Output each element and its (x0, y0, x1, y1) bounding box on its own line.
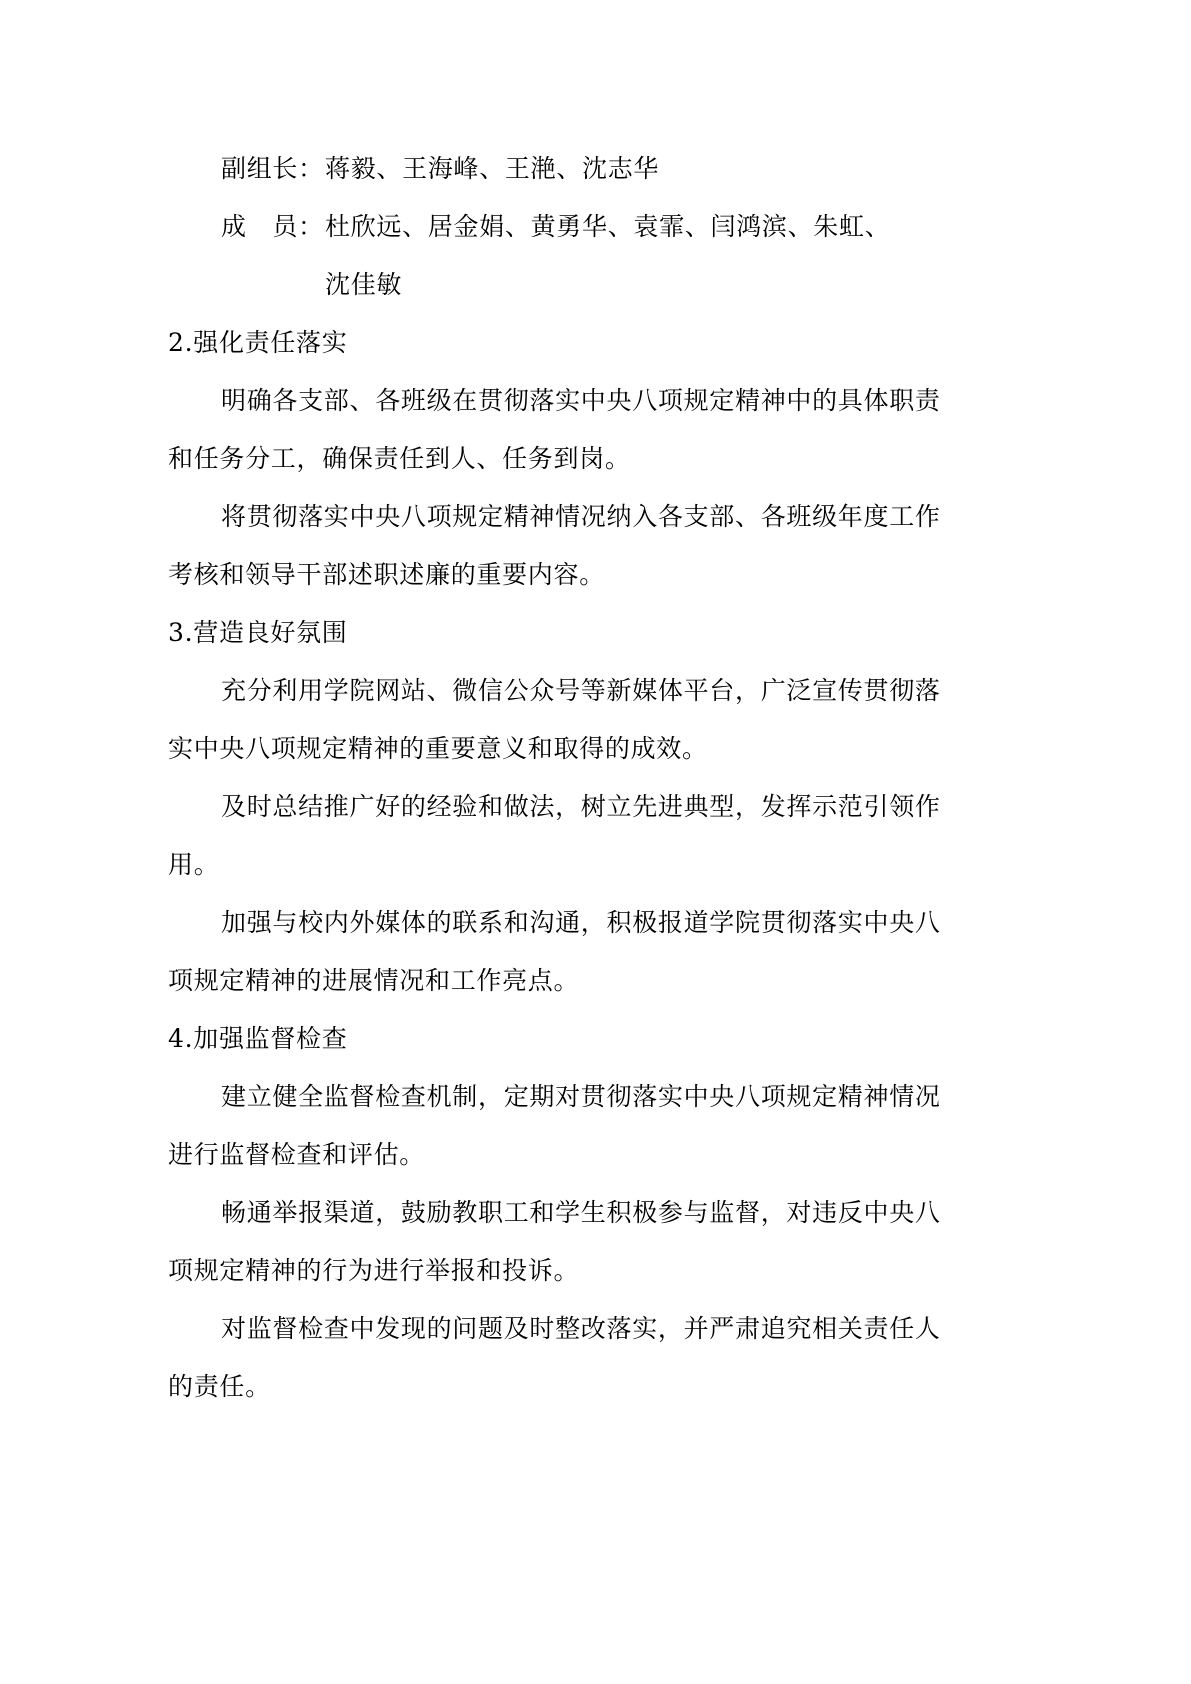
paragraph-line: 明确各支部、各班级在贯彻落实中央八项规定精神中的具体职责 (168, 372, 948, 430)
paragraph-line: 的责任。 (168, 1358, 948, 1416)
paragraph-line: 实中央八项规定精神的重要意义和取得的成效。 (168, 720, 948, 778)
section-heading: 3.营造良好氛围 (168, 604, 948, 662)
member-label: 成 员： (221, 198, 325, 256)
roster-member-line: 成 员：杜欣远、居金娟、黄勇华、袁霏、闫鸿滨、朱虹、 (168, 198, 948, 256)
paragraph-line: 用。 (168, 836, 948, 894)
paragraph-line: 将贯彻落实中央八项规定精神情况纳入各支部、各班级年度工作 (168, 488, 948, 546)
paragraph-line: 和任务分工，确保责任到人、任务到岗。 (168, 430, 948, 488)
roster-deputy-line: 副组长：蒋毅、王海峰、王滟、沈志华 (168, 140, 948, 198)
paragraph-line: 及时总结推广好的经验和做法，树立先进典型，发挥示范引领作 (168, 778, 948, 836)
paragraph-line: 充分利用学院网站、微信公众号等新媒体平台，广泛宣传贯彻落 (168, 662, 948, 720)
section-heading: 2.强化责任落实 (168, 314, 948, 372)
paragraph-line: 考核和领导干部述职述廉的重要内容。 (168, 546, 948, 604)
paragraph-line: 建立健全监督检查机制，定期对贯彻落实中央八项规定精神情况 (168, 1068, 948, 1126)
paragraph-line: 项规定精神的行为进行举报和投诉。 (168, 1242, 948, 1300)
member-names: 杜欣远、居金娟、黄勇华、袁霏、闫鸿滨、朱虹、 (325, 212, 890, 241)
section-heading: 4.加强监督检查 (168, 1010, 948, 1068)
deputy-label: 副组长： (221, 140, 325, 198)
paragraph-line: 进行监督检查和评估。 (168, 1126, 948, 1184)
paragraph-line: 对监督检查中发现的问题及时整改落实，并严肃追究相关责任人 (168, 1300, 948, 1358)
roster-member-continuation: 沈佳敏 (168, 256, 948, 314)
paragraph-line: 畅通举报渠道，鼓励教职工和学生积极参与监督，对违反中央八 (168, 1184, 948, 1242)
document-page: 副组长：蒋毅、王海峰、王滟、沈志华 成 员：杜欣远、居金娟、黄勇华、袁霏、闫鸿滨… (168, 140, 948, 1416)
deputy-names: 蒋毅、王海峰、王滟、沈志华 (325, 154, 659, 183)
paragraph-line: 项规定精神的进展情况和工作亮点。 (168, 952, 948, 1010)
paragraph-line: 加强与校内外媒体的联系和沟通，积极报道学院贯彻落实中央八 (168, 894, 948, 952)
